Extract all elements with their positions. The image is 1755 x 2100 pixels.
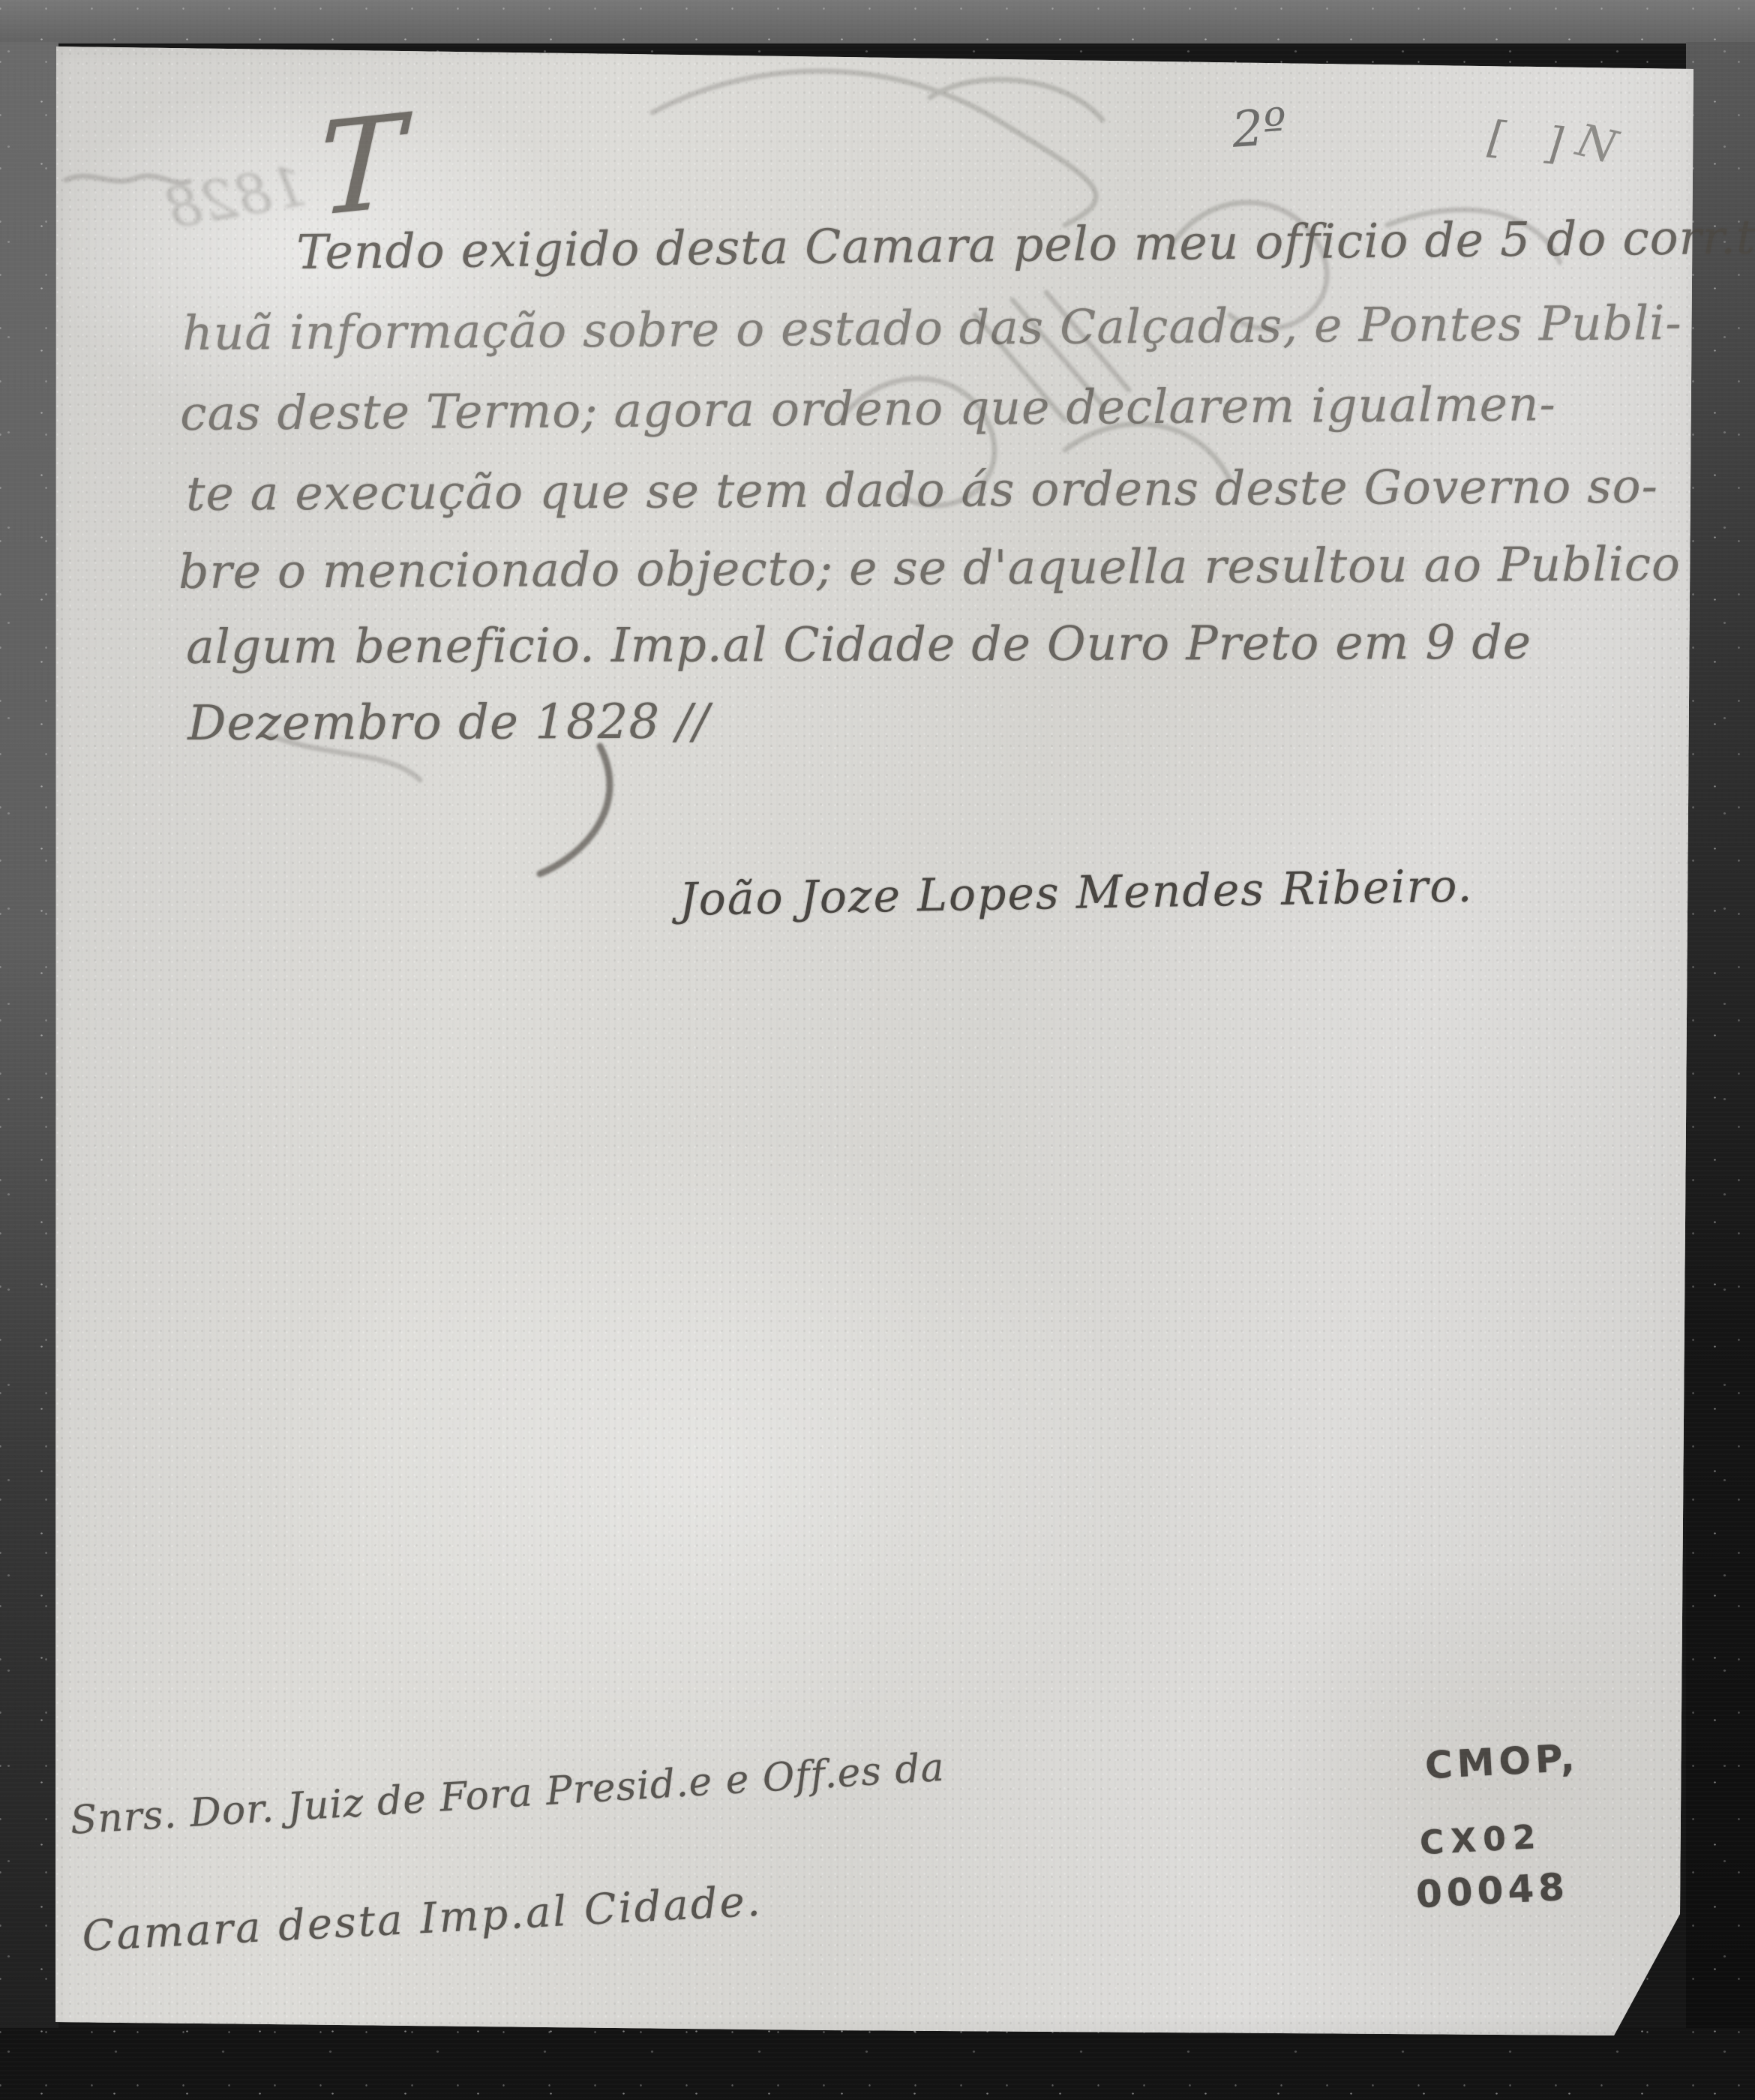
document-scan: 2º [ ] N 1828 T Tendo exigido desta Cama… xyxy=(0,0,1755,2100)
rubric-flourish xyxy=(540,746,610,874)
archive-stamp-box: CX02 xyxy=(1419,1818,1543,1862)
archive-stamp-fonds: CMOP, xyxy=(1424,1736,1580,1788)
archive-stamp-doc: 00048 xyxy=(1415,1865,1570,1917)
manuscript-line-3: cas deste Termo; agora ordeno que declar… xyxy=(180,376,1556,441)
pencil-bracket-mark: [ ] xyxy=(1486,111,1579,171)
manuscript-line-6: algum beneficio. Imp.al Cidade de Ouro P… xyxy=(186,615,1531,674)
manuscript-line-7: Dezembro de 1828 // xyxy=(187,694,710,751)
manuscript-line-2: huã informação sobre o estado das Calçad… xyxy=(182,295,1682,361)
manuscript-line-4: te a execução que se tem dado ás ordens … xyxy=(186,459,1658,521)
manuscript-line-5: bre o mencionado objecto; e se d'aquella… xyxy=(178,537,1681,599)
folio-number: 2º xyxy=(1230,97,1288,159)
initial-flourish: T xyxy=(316,87,406,246)
